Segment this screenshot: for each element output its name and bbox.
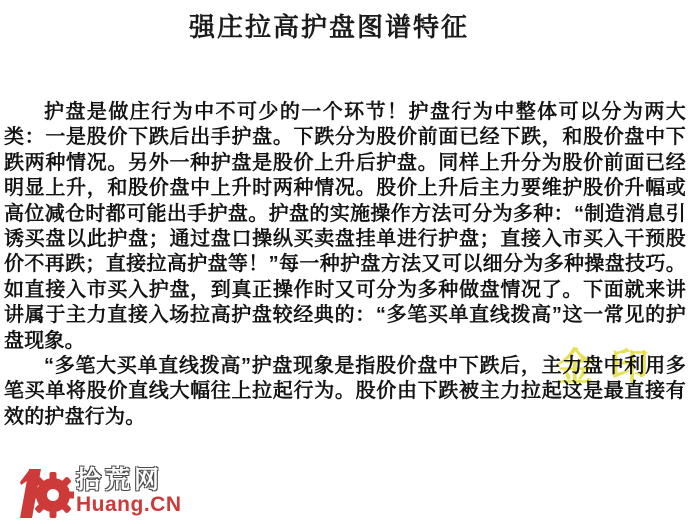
page-title: 强庄拉高护盘图谱特征	[0, 0, 674, 44]
document-page: 强庄拉高护盘图谱特征 护盘是做庄行为中不可少的一个环节！护盘行为中整体可以分为两…	[0, 0, 690, 524]
paragraph-2: “多笔大买单直线拨高”护盘现象是指股价盘中下跌后，主力盘中利用多笔买单将股价直线…	[4, 354, 686, 430]
logo-10-mark	[12, 464, 74, 520]
logo-site-url: Huang.CN	[76, 494, 182, 516]
paragraph-1: 护盘是做庄行为中不可少的一个环节！护盘行为中整体可以分为两大类：一是股价下跌后出…	[4, 100, 686, 354]
gear-hole	[47, 489, 59, 501]
document-body: 护盘是做庄行为中不可少的一个环节！护盘行为中整体可以分为两大类：一是股价下跌后出…	[0, 100, 690, 430]
site-logo: 拾荒网 Huang.CN	[12, 464, 182, 520]
logo-site-name: 拾荒网	[76, 466, 182, 494]
logo-text-block: 拾荒网 Huang.CN	[76, 466, 182, 516]
